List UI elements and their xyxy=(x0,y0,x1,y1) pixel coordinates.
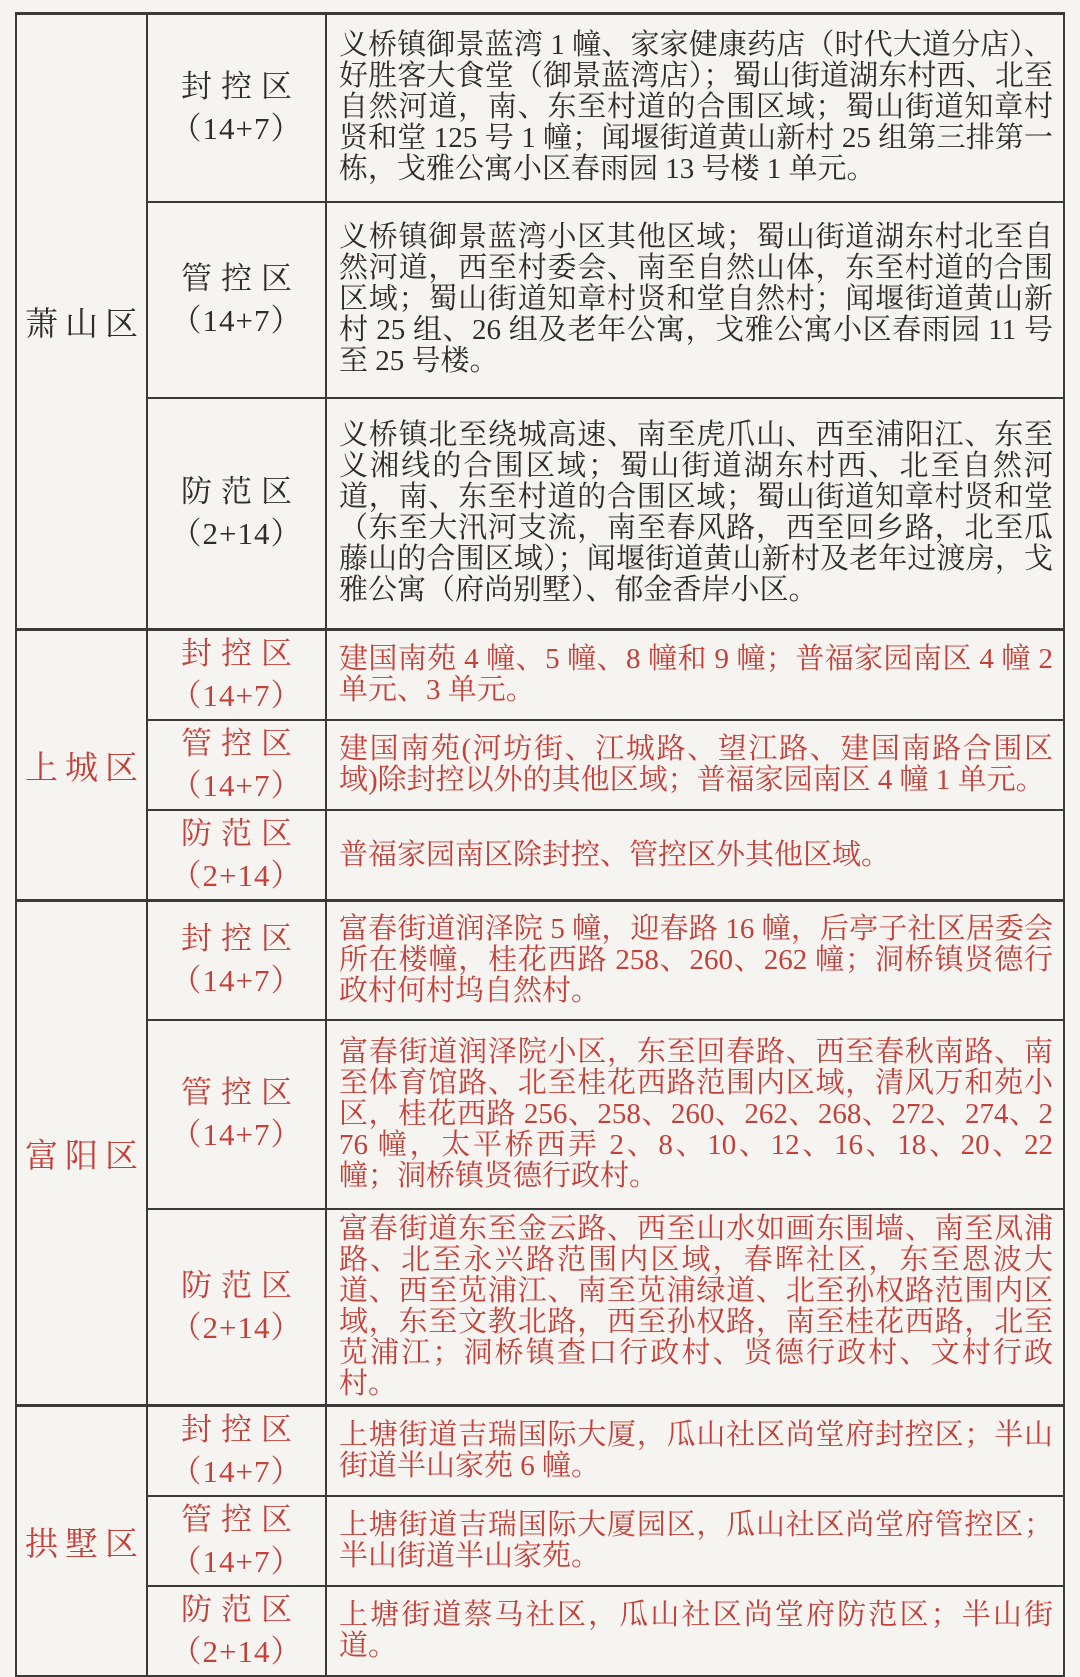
zone-label: 防范区 （2+14） xyxy=(147,1586,326,1670)
zone-name: 封控区 xyxy=(148,633,325,675)
zone-name: 封控区 xyxy=(148,1409,325,1451)
document-sheet: 萧山区 封控区 （14+7） 义桥镇御景蓝湾 1 幢、家家健康药店（时代大道分店… xyxy=(0,0,1080,1670)
zone-name: 封控区 xyxy=(148,66,325,108)
table-row: 管控区 （14+7） 建国南苑(河坊街、江城路、望江路、建国南路合围区域)除封控… xyxy=(16,720,1064,810)
zone-period: （14+7） xyxy=(148,1114,325,1156)
zone-description: 富春街道润泽院 5 幢，迎春路 16 幢，后亭子社区居委会所在楼幢，桂花西路 2… xyxy=(326,901,1064,1020)
zone-label: 管控区 （14+7） xyxy=(147,1020,326,1209)
zone-description: 上塘街道蔡马社区，瓜山社区尚堂府防范区；半山街道。 xyxy=(326,1586,1064,1670)
table-row: 上城区 封控区 （14+7） 建国南苑 4 幢、5 幢、8 幢和 9 幢；普福家… xyxy=(16,630,1064,721)
zone-description: 义桥镇御景蓝湾小区其他区域；蜀山街道湖东村北至自然河道，西至村委会、南至自然山体… xyxy=(326,202,1064,398)
zone-period: （14+7） xyxy=(148,1541,325,1583)
table-row: 管控区 （14+7） 富春街道润泽院小区，东至回春路、西至春秋南路、南至体育馆路… xyxy=(16,1020,1064,1209)
zone-description: 义桥镇御景蓝湾 1 幢、家家健康药店（时代大道分店）、好胜客大食堂（御景蓝湾店）… xyxy=(326,14,1064,202)
table-row: 管控区 （14+7） 义桥镇御景蓝湾小区其他区域；蜀山街道湖东村北至自然河道，西… xyxy=(16,202,1064,398)
zone-description: 义桥镇北至绕城高速、南至虎爪山、西至浦阳江、东至义湘线的合围区域；蜀山街道湖东村… xyxy=(326,398,1064,630)
zone-name: 封控区 xyxy=(148,918,325,960)
zone-description: 上塘街道吉瑞国际大厦园区，瓜山社区尚堂府管控区；半山街道半山家苑。 xyxy=(326,1496,1064,1586)
table-row: 拱墅区 封控区 （14+7） 上塘街道吉瑞国际大厦，瓜山社区尚堂府封控区；半山街… xyxy=(16,1406,1064,1497)
zone-label: 防范区 （2+14） xyxy=(147,1209,326,1406)
table-row: 防范区 （2+14） 上塘街道蔡马社区，瓜山社区尚堂府防范区；半山街道。 xyxy=(16,1586,1064,1670)
zone-description: 富春街道东至金云路、西至山水如画东围墙、南至凤浦路、北至永兴路范围内区域，春晖社… xyxy=(326,1209,1064,1406)
control-zone-table: 萧山区 封控区 （14+7） 义桥镇御景蓝湾 1 幢、家家健康药店（时代大道分店… xyxy=(15,12,1065,1670)
district-name: 拱墅区 xyxy=(16,1406,147,1671)
table-row: 萧山区 封控区 （14+7） 义桥镇御景蓝湾 1 幢、家家健康药店（时代大道分店… xyxy=(16,14,1064,202)
zone-period: （2+14） xyxy=(148,513,325,555)
zone-label: 封控区 （14+7） xyxy=(147,14,326,202)
zone-label: 封控区 （14+7） xyxy=(147,901,326,1020)
zone-description: 富春街道润泽院小区，东至回春路、西至春秋南路、南至体育馆路、北至桂花西路范围内区… xyxy=(326,1020,1064,1209)
district-name: 富阳区 xyxy=(16,901,147,1406)
zone-name: 管控区 xyxy=(148,1072,325,1114)
zone-name: 防范区 xyxy=(148,813,325,855)
zone-description: 上塘街道吉瑞国际大厦，瓜山社区尚堂府封控区；半山街道半山家苑 6 幢。 xyxy=(326,1406,1064,1497)
table-row: 防范区 （2+14） 富春街道东至金云路、西至山水如画东围墙、南至凤浦路、北至永… xyxy=(16,1209,1064,1406)
zone-description: 建国南苑(河坊街、江城路、望江路、建国南路合围区域)除封控以外的其他区域；普福家… xyxy=(326,720,1064,810)
district-name: 上城区 xyxy=(16,630,147,901)
zone-period: （14+7） xyxy=(148,300,325,342)
district-section-shangcheng: 上城区 封控区 （14+7） 建国南苑 4 幢、5 幢、8 幢和 9 幢；普福家… xyxy=(16,630,1064,901)
district-name: 萧山区 xyxy=(16,14,147,630)
zone-label: 管控区 （14+7） xyxy=(147,1496,326,1586)
zone-label: 防范区 （2+14） xyxy=(147,398,326,630)
district-section-fuyang: 富阳区 封控区 （14+7） 富春街道润泽院 5 幢，迎春路 16 幢，后亭子社… xyxy=(16,901,1064,1406)
zone-period: （14+7） xyxy=(148,960,325,1002)
zone-name: 防范区 xyxy=(148,471,325,513)
zone-description: 建国南苑 4 幢、5 幢、8 幢和 9 幢；普福家园南区 4 幢 2 单元、3 … xyxy=(326,630,1064,721)
zone-label: 管控区 （14+7） xyxy=(147,720,326,810)
table-row: 管控区 （14+7） 上塘街道吉瑞国际大厦园区，瓜山社区尚堂府管控区；半山街道半… xyxy=(16,1496,1064,1586)
table-row: 富阳区 封控区 （14+7） 富春街道润泽院 5 幢，迎春路 16 幢，后亭子社… xyxy=(16,901,1064,1020)
zone-name: 管控区 xyxy=(148,1499,325,1541)
zone-name: 防范区 xyxy=(148,1589,325,1631)
zone-label: 封控区 （14+7） xyxy=(147,1406,326,1497)
zone-name: 管控区 xyxy=(148,723,325,765)
zone-label: 防范区 （2+14） xyxy=(147,810,326,901)
district-section-xiaoshan: 萧山区 封控区 （14+7） 义桥镇御景蓝湾 1 幢、家家健康药店（时代大道分店… xyxy=(16,14,1064,630)
zone-name: 防范区 xyxy=(148,1265,325,1307)
zone-period: （14+7） xyxy=(148,1451,325,1493)
zone-description: 普福家园南区除封控、管控区外其他区域。 xyxy=(326,810,1064,901)
zone-label: 封控区 （14+7） xyxy=(147,630,326,721)
zone-period: （2+14） xyxy=(148,1631,325,1670)
zone-period: （14+7） xyxy=(148,765,325,807)
district-section-gongshu: 拱墅区 封控区 （14+7） 上塘街道吉瑞国际大厦，瓜山社区尚堂府封控区；半山街… xyxy=(16,1406,1064,1671)
zone-label: 管控区 （14+7） xyxy=(147,202,326,398)
table-row: 防范区 （2+14） 普福家园南区除封控、管控区外其他区域。 xyxy=(16,810,1064,901)
zone-name: 管控区 xyxy=(148,258,325,300)
table-row: 防范区 （2+14） 义桥镇北至绕城高速、南至虎爪山、西至浦阳江、东至义湘线的合… xyxy=(16,398,1064,630)
zone-period: （14+7） xyxy=(148,675,325,717)
zone-period: （2+14） xyxy=(148,855,325,897)
zone-period: （14+7） xyxy=(148,108,325,150)
zone-period: （2+14） xyxy=(148,1307,325,1349)
